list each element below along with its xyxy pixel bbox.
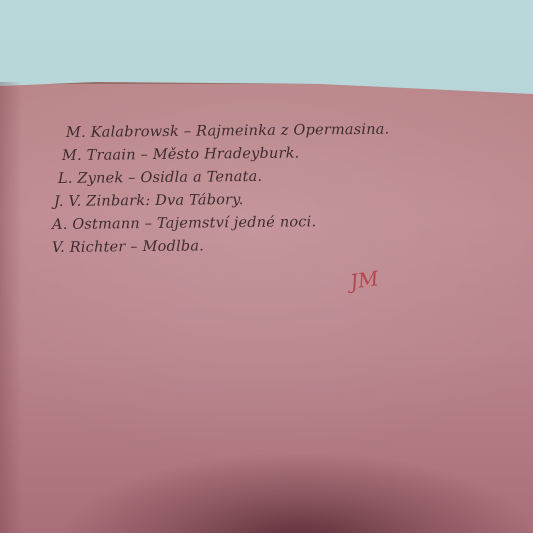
- separator: –: [136, 147, 153, 163]
- author: M. Kalabrowsk: [66, 124, 179, 141]
- red-initials: JM: [348, 266, 380, 294]
- separator: –: [123, 170, 140, 186]
- author: L. Zynek: [58, 170, 124, 187]
- title: Město Hradeyburk.: [153, 146, 300, 164]
- separator: :: [145, 193, 155, 209]
- title: Rajmeinka z Opermasina.: [196, 122, 390, 140]
- author: A. Ostmann: [52, 216, 140, 233]
- handwritten-list: M. Kalabrowsk – Rajmeinka z Opermasina. …: [52, 122, 472, 260]
- title: Dva Tábory.: [155, 192, 243, 209]
- page-edge-shade: [0, 82, 22, 533]
- author: M. Traain: [62, 147, 136, 164]
- author: V. Richter: [52, 239, 126, 256]
- title: Tajemství jedné noci.: [157, 214, 316, 232]
- title: Osidla a Tenata.: [140, 169, 262, 186]
- separator: –: [140, 216, 157, 232]
- title: Modlba.: [142, 238, 204, 255]
- handwritten-line: V. Richter – Modlba.: [52, 233, 472, 260]
- author: J. V. Zinbark: [54, 193, 146, 210]
- separator: –: [125, 239, 142, 255]
- separator: –: [179, 124, 196, 140]
